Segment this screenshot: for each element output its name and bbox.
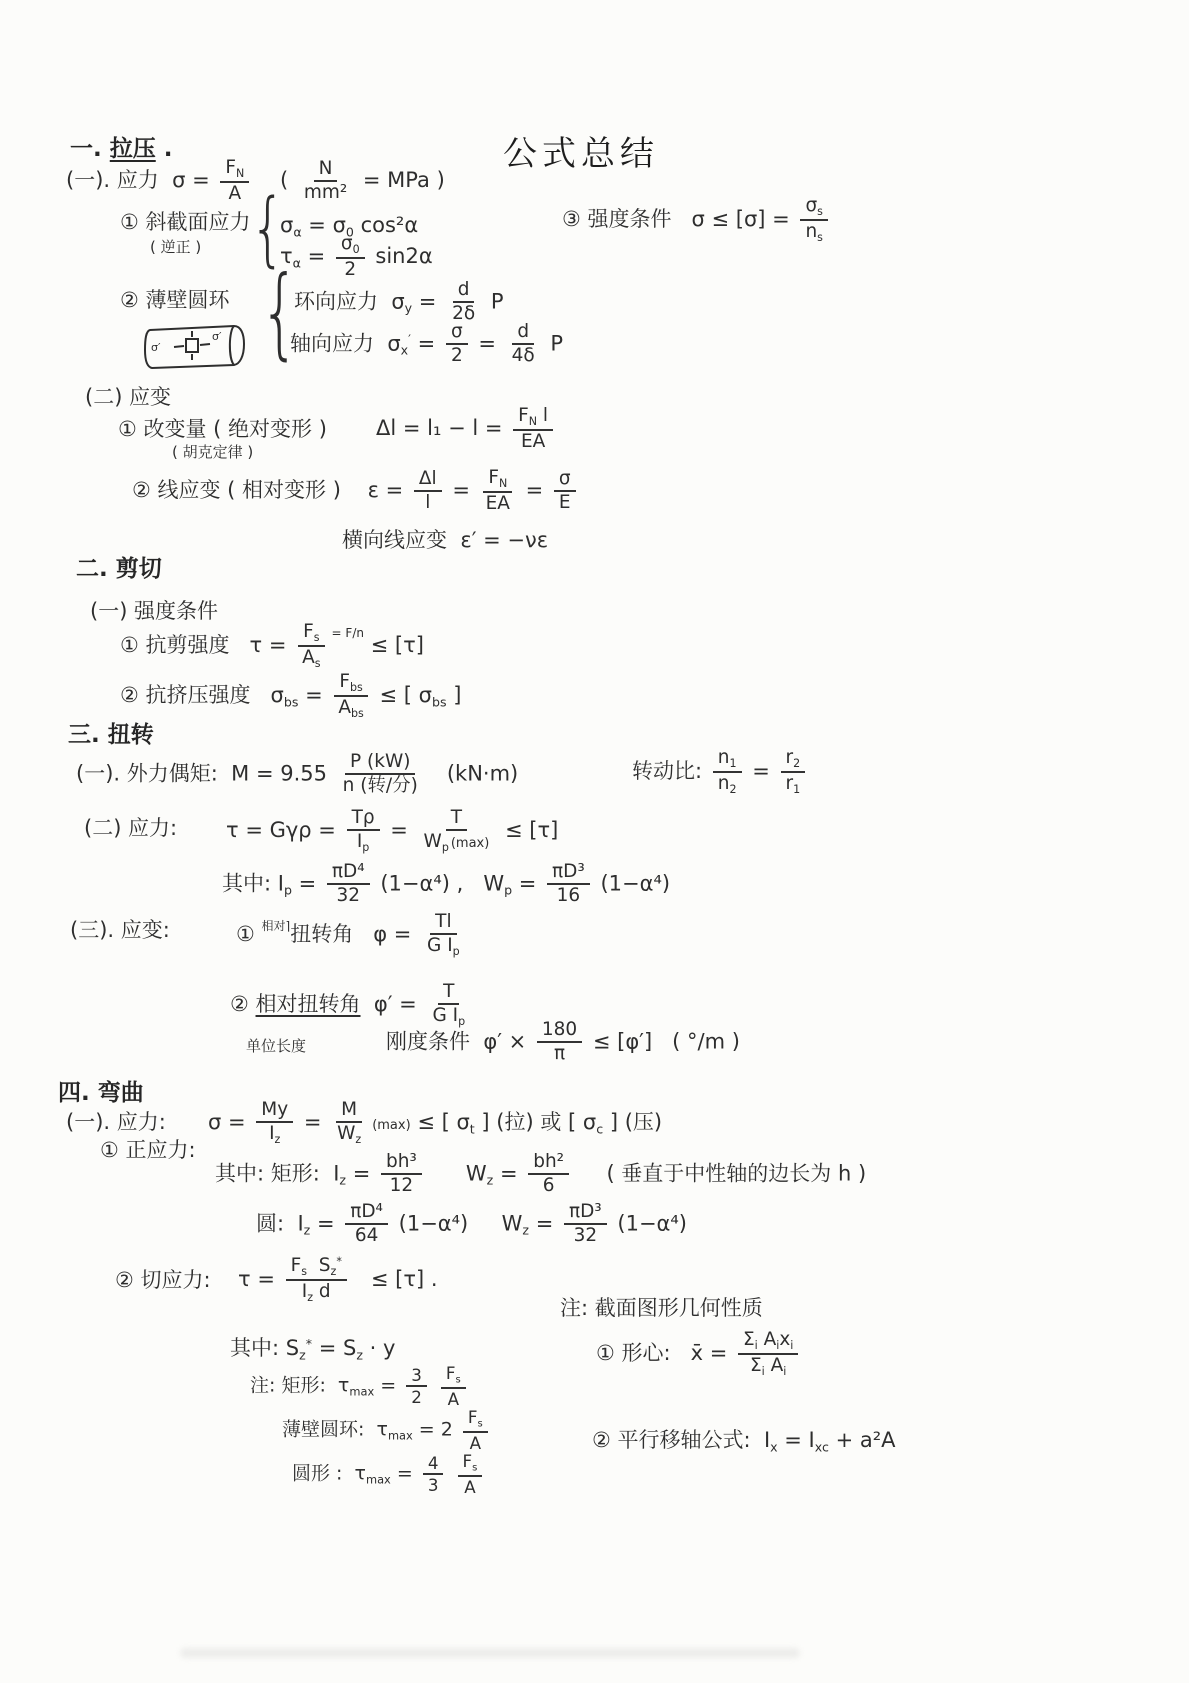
label-normal-stress: ① 正应力:: [100, 1138, 196, 1162]
label-torsion-stress: (二) 应力:: [84, 816, 177, 840]
formula-bearing-strength: ② 抗挤压强度 σbs = FbsAbs ≤ [ σbs ]: [120, 672, 461, 720]
formula-centroid: ① 形心: x̄ = Σi AixiΣi Ai: [596, 1330, 802, 1378]
formula-inclined-shear-stress: τα = σ02 sin2α: [280, 234, 433, 280]
section-shear-heading: 二. 剪切: [76, 556, 162, 582]
formula-static-moment: 其中: Sz* = Sz · y: [230, 1336, 395, 1363]
formula-tau-max-ring: 薄壁圆环: τmax = 2 FsA: [282, 1408, 492, 1452]
label-strain-subsection: (二) 应变: [85, 385, 171, 409]
label-section-geometry: 注: 截面图形几何性质: [560, 1296, 763, 1320]
section-torsion-heading: 三. 扭转: [68, 722, 154, 748]
formula-bending-normal-stress: σ = MyIz = MWz(max) ≤ [ σt ] (拉) 或 [ σc …: [208, 1100, 662, 1146]
label-hooke-law: ( 胡克定律 ): [172, 444, 253, 461]
formula-rect-section-properties: 其中: 矩形: Iz = bh³12 Wz = bh²6 ( 垂直于中性轴的边长…: [215, 1152, 866, 1197]
label-unit-length: 单位长度: [246, 1038, 306, 1055]
label-torsion-strain: (三). 应变:: [70, 918, 170, 942]
section-bending-heading: 四. 弯曲: [58, 1080, 144, 1106]
formula-shear-strength: ① 抗剪强度 τ = FsAs= F/n ≤ [τ]: [120, 622, 424, 670]
formula-tau-max-circle: 圆形 : τmax = 43 FsA: [292, 1452, 486, 1496]
formula-elongation: Δl = l₁ − l = FN lEA: [376, 406, 557, 452]
formula-linear-strain: ② 线应变 ( 相对变形 ) ε = Δll = FNEA = σE: [132, 468, 580, 514]
label-elongation: ① 改变量 ( 绝对变形 ): [118, 417, 327, 441]
formula-speed-ratio: 转动比: n1n2 = r2r1: [632, 748, 809, 796]
scan-artifact: [180, 1648, 800, 1658]
formula-strength-condition: ③ 强度条件 σ ≤ [σ] = σsns: [562, 196, 832, 244]
formula-bending-shear-stress: τ = Fs Sz*Iz d ≤ [τ] .: [238, 1256, 438, 1304]
formula-torsion-section-properties: 其中: Ip = πD⁴32 (1−α⁴) , Wp = πD³16 (1−α⁴…: [222, 862, 670, 907]
formula-lateral-strain: 横向线应变 ε′ = −νε: [342, 528, 548, 552]
stress-arrows: [174, 331, 210, 360]
formula-tau-max-rect: 注: 矩形: τmax = 32 FsA: [250, 1364, 470, 1408]
formula-twist-angle: ① 相对⌉扭转角 φ = TlG Ip: [236, 912, 469, 958]
label-inclined-section-stress: ① 斜截面应力: [120, 210, 251, 234]
label-shear-strength-condition: (一) 强度条件: [90, 599, 218, 623]
formula-hoop-stress: 环向应力 σy = d2δ P: [294, 280, 503, 325]
stress-element-square: [186, 339, 198, 352]
thin-wall-cylinder-sketch: σ′ σ′: [140, 318, 252, 374]
formula-external-moment: (一). 外力偶矩: M = 9.55 P (kW)n (转/分) (kN·m): [76, 752, 518, 797]
cylinder-end-ellipse: [230, 326, 234, 365]
label-bending-stress: (一). 应力:: [66, 1110, 166, 1134]
formula-axial-ring-stress: 轴向应力 σx′ = σ2 = d4δ P: [290, 322, 563, 367]
formula-torsion-stress: τ = Gγρ = TρIp = TWp(max) ≤ [τ]: [226, 808, 558, 854]
sigma-label-right: σ′: [212, 330, 222, 343]
sigma-label-left: σ′: [151, 341, 161, 354]
label-bending-shear-stress: ② 切应力:: [115, 1268, 211, 1292]
page-title: 公式总结: [503, 126, 659, 175]
label-thin-wall-ring: ② 薄壁圆环: [120, 288, 230, 312]
formula-parallel-axis: ② 平行移轴公式: Ix = Ixc + a²A: [592, 1428, 896, 1455]
label-sign-convention: ( 逆正 ): [150, 239, 201, 256]
formula-rigidity-condition: 刚度条件 φ′ × 180π ≤ [φ′] ( °/m ): [386, 1020, 740, 1065]
formula-circle-section-properties: 圆: Iz = πD⁴64 (1−α⁴) Wz = πD³32 (1−α⁴): [256, 1202, 687, 1247]
notes-page: 公式总结 一. 拉压 . (一). 应力 σ = FNA ( Nmm² = MP…: [0, 0, 1189, 1683]
